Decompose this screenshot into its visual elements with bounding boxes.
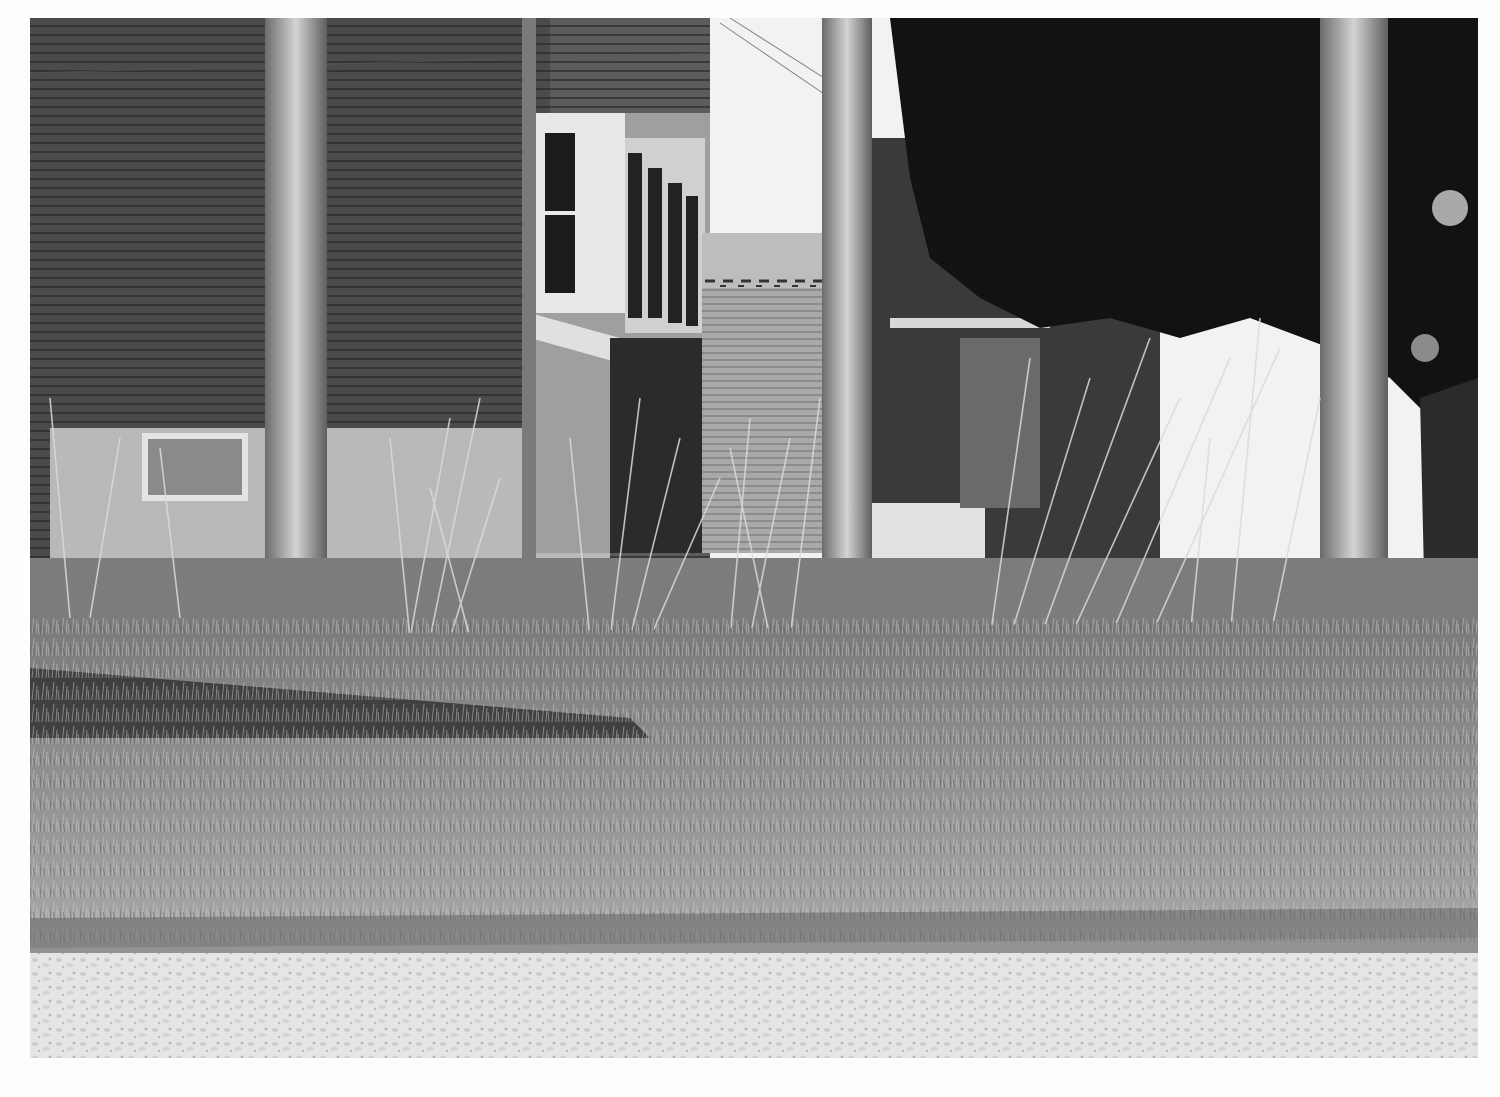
scene (30, 18, 1478, 1058)
tree-trunk-thin (522, 18, 536, 618)
photograph (30, 18, 1478, 1058)
basement-window (145, 436, 245, 498)
tree-trunk-right (1320, 18, 1388, 628)
photo-print (0, 0, 1500, 1097)
tree-trunk-left (265, 18, 327, 618)
tree-trunk-center (822, 18, 872, 643)
bay-window (530, 113, 710, 553)
porch-step (865, 503, 985, 563)
grass-bank (30, 618, 1478, 963)
house-left (30, 18, 710, 578)
